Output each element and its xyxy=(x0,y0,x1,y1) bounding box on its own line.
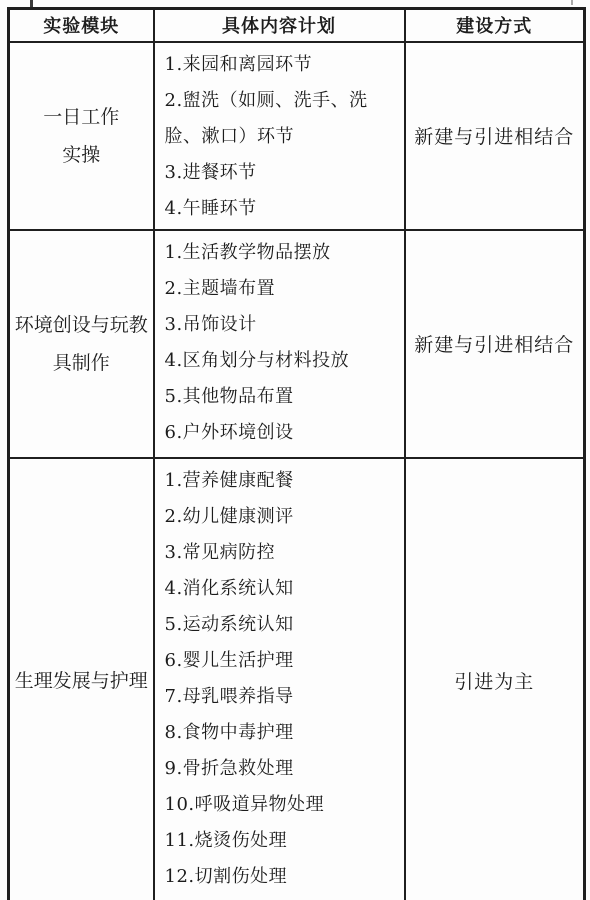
module-cell: 环境创设与玩教具制作 xyxy=(9,230,154,458)
module-cell: 一日工作实操 xyxy=(9,42,154,230)
content-item: 8.食物中毒护理 xyxy=(165,715,400,751)
content-item: 5.其他物品布置 xyxy=(165,379,400,415)
content-item: 3.吊饰设计 xyxy=(165,307,400,343)
module-line: 环境创设与玩教 xyxy=(10,306,153,344)
method-cell: 新建与引进相结合 xyxy=(405,230,585,458)
method-cell: 引进为主 xyxy=(405,458,585,900)
content-item: 6.户外环境创设 xyxy=(165,415,400,451)
module-lines: 一日工作实操 xyxy=(10,98,153,174)
table-row-physiological-development: 生理发展与护理 1.营养健康配餐2.幼儿健康测评3.常见病防控4.消化系统认知5… xyxy=(9,458,585,900)
method-cell: 新建与引进相结合 xyxy=(405,42,585,230)
scan-artifact-right xyxy=(571,0,573,5)
content-cell: 1.生活教学物品摆放2.主题墙布置3.吊饰设计4.区角划分与材料投放5.其他物品… xyxy=(154,230,405,458)
module-cell: 生理发展与护理 xyxy=(9,458,154,900)
content-item: 2.主题墙布置 xyxy=(165,271,400,307)
document-page: 实验模块 具体内容计划 建设方式 一日工作实操 1.来园和离园环节2.盥洗（如厕… xyxy=(0,0,590,900)
column-header-content-plan: 具体内容计划 xyxy=(154,9,405,42)
column-header-module: 实验模块 xyxy=(9,9,154,42)
content-cell: 1.营养健康配餐2.幼儿健康测评3.常见病防控4.消化系统认知5.运动系统认知6… xyxy=(154,458,405,900)
content-item: 1.生活教学物品摆放 xyxy=(165,235,400,271)
content-items: 1.来园和离园环节2.盥洗（如厕、洗手、洗脸、漱口）环节3.进餐环节4.午睡环节 xyxy=(165,47,400,227)
module-line: 一日工作 xyxy=(10,98,153,136)
table-row-daily-work: 一日工作实操 1.来园和离园环节2.盥洗（如厕、洗手、洗脸、漱口）环节3.进餐环… xyxy=(9,42,585,230)
content-item: 1.来园和离园环节 xyxy=(165,47,400,83)
content-item: 1.营养健康配餐 xyxy=(165,463,400,499)
column-header-construction-method: 建设方式 xyxy=(405,9,585,42)
content-item: 3.进餐环节 xyxy=(165,155,400,191)
content-item: 4.消化系统认知 xyxy=(165,571,400,607)
content-item: 11.烧烫伤处理 xyxy=(165,823,400,859)
content-item: 6.婴儿生活护理 xyxy=(165,643,400,679)
content-item: 5.运动系统认知 xyxy=(165,607,400,643)
content-item: 4.午睡环节 xyxy=(165,191,400,227)
header-row: 实验模块 具体内容计划 建设方式 xyxy=(9,9,585,42)
content-items: 1.营养健康配餐2.幼儿健康测评3.常见病防控4.消化系统认知5.运动系统认知6… xyxy=(165,463,400,895)
content-items: 1.生活教学物品摆放2.主题墙布置3.吊饰设计4.区角划分与材料投放5.其他物品… xyxy=(165,235,400,451)
module-line: 实操 xyxy=(10,136,153,174)
module-line: 生理发展与护理 xyxy=(10,662,153,700)
content-item: 7.母乳喂养指导 xyxy=(165,679,400,715)
content-item: 9.骨折急救处理 xyxy=(165,751,400,787)
table-row-environment-creation: 环境创设与玩教具制作 1.生活教学物品摆放2.主题墙布置3.吊饰设计4.区角划分… xyxy=(9,230,585,458)
content-item: 2.幼儿健康测评 xyxy=(165,499,400,535)
module-lines: 环境创设与玩教具制作 xyxy=(10,306,153,382)
scan-artifact-left xyxy=(30,0,33,7)
content-item: 2.盥洗（如厕、洗手、洗脸、漱口）环节 xyxy=(165,83,400,155)
content-item: 10.呼吸道异物处理 xyxy=(165,787,400,823)
module-line: 具制作 xyxy=(10,344,153,382)
module-lines: 生理发展与护理 xyxy=(10,662,153,700)
content-item: 3.常见病防控 xyxy=(165,535,400,571)
content-item: 12.切割伤处理 xyxy=(165,859,400,895)
content-cell: 1.来园和离园环节2.盥洗（如厕、洗手、洗脸、漱口）环节3.进餐环节4.午睡环节 xyxy=(154,42,405,230)
experiment-modules-table: 实验模块 具体内容计划 建设方式 一日工作实操 1.来园和离园环节2.盥洗（如厕… xyxy=(7,7,586,900)
content-item: 4.区角划分与材料投放 xyxy=(165,343,400,379)
